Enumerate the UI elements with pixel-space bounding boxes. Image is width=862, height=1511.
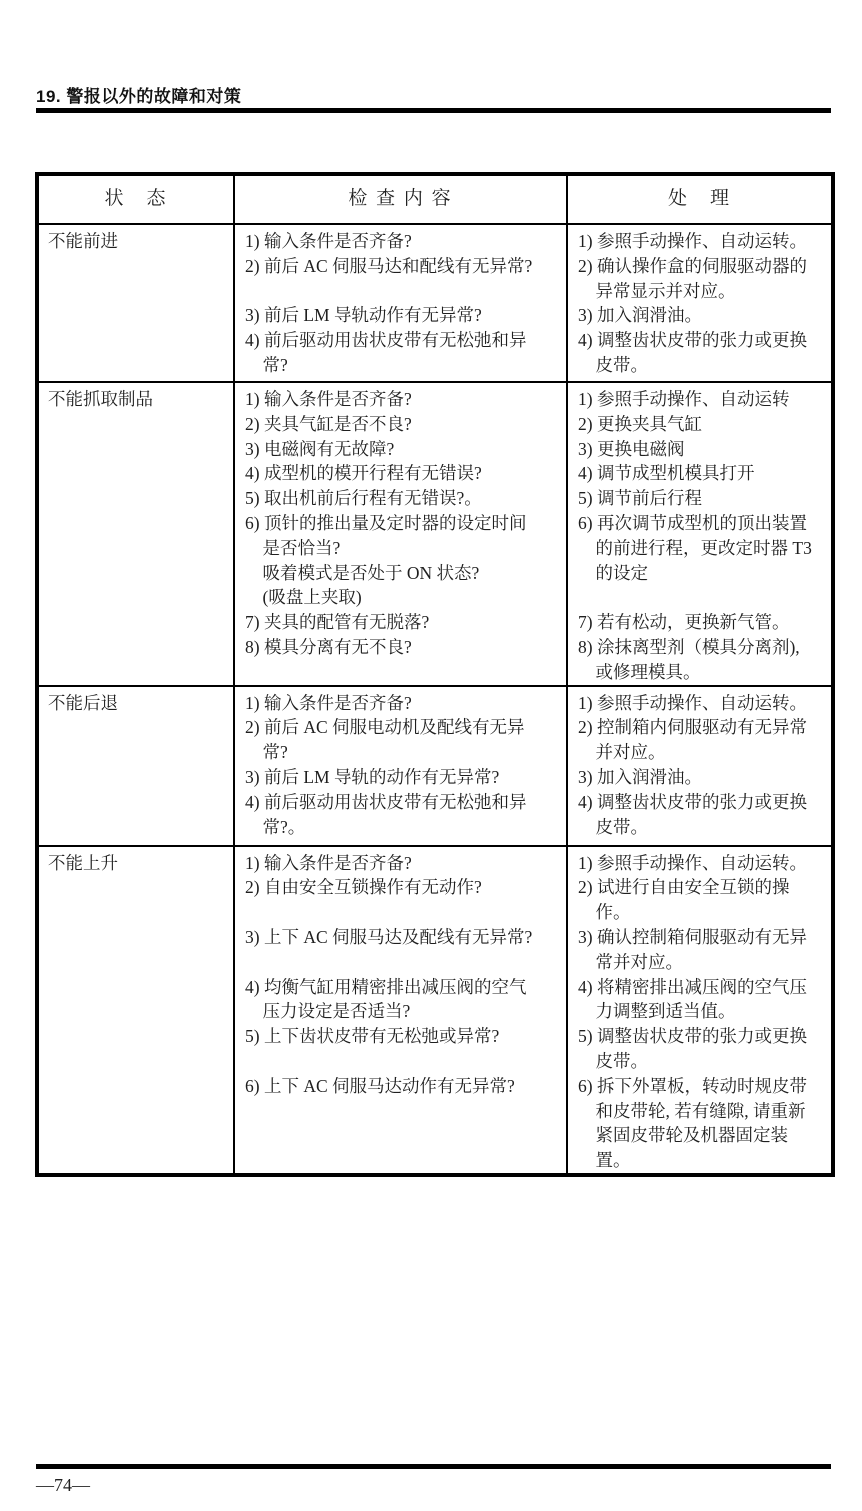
table-row: 不能抓取制品 1) 输入条件是否齐备? 2) 夹具气缸是否不良? 3) 电磁阀有… [37, 382, 833, 686]
page-title: 19. 警报以外的故障和对策 [36, 82, 241, 107]
check-cell: 1) 输入条件是否齐备? 2) 前后 AC 伺服电动机及配线有无异 常? 3) … [234, 686, 567, 846]
status-cell: 不能上升 [37, 846, 234, 1175]
column-header-status: 状 态 [37, 174, 234, 224]
fault-troubleshooting-table: 状 态 检 查 内 容 处 理 不能前进 1) 输入条件是否齐备? 2) 前后 … [35, 172, 835, 1177]
header-divider [36, 108, 831, 113]
column-header-action: 处 理 [567, 174, 833, 224]
check-cell: 1) 输入条件是否齐备? 2) 自由安全互锁操作有无动作? 3) 上下 AC 伺… [234, 846, 567, 1175]
status-cell: 不能前进 [37, 224, 234, 382]
action-cell: 1) 参照手动操作、自动运转。 2) 控制箱内伺服驱动有无异常 并对应。 3) … [567, 686, 833, 846]
action-cell: 1) 参照手动操作、自动运转。 2) 试进行自由安全互锁的操 作。 3) 确认控… [567, 846, 833, 1175]
document-page: 19. 警报以外的故障和对策 状 态 检 查 内 容 处 理 不能前进 1) 输… [0, 0, 862, 1511]
status-cell: 不能后退 [37, 686, 234, 846]
check-cell: 1) 输入条件是否齐备? 2) 夹具气缸是否不良? 3) 电磁阀有无故障? 4)… [234, 382, 567, 686]
footer-divider [36, 1464, 831, 1469]
table-row: 不能前进 1) 输入条件是否齐备? 2) 前后 AC 伺服马达和配线有无异常? … [37, 224, 833, 382]
action-cell: 1) 参照手动操作、自动运转。 2) 确认操作盒的伺服驱动器的 异常显示并对应。… [567, 224, 833, 382]
page-number: —74— [36, 1475, 90, 1496]
column-header-check: 检 查 内 容 [234, 174, 567, 224]
status-cell: 不能抓取制品 [37, 382, 234, 686]
action-cell: 1) 参照手动操作、自动运转 2) 更换夹具气缸 3) 更换电磁阀 4) 调节成… [567, 382, 833, 686]
table-row: 不能上升 1) 输入条件是否齐备? 2) 自由安全互锁操作有无动作? 3) 上下… [37, 846, 833, 1175]
check-cell: 1) 输入条件是否齐备? 2) 前后 AC 伺服马达和配线有无异常? 3) 前后… [234, 224, 567, 382]
table-row: 不能后退 1) 输入条件是否齐备? 2) 前后 AC 伺服电动机及配线有无异 常… [37, 686, 833, 846]
table-header-row: 状 态 检 查 内 容 处 理 [37, 174, 833, 224]
